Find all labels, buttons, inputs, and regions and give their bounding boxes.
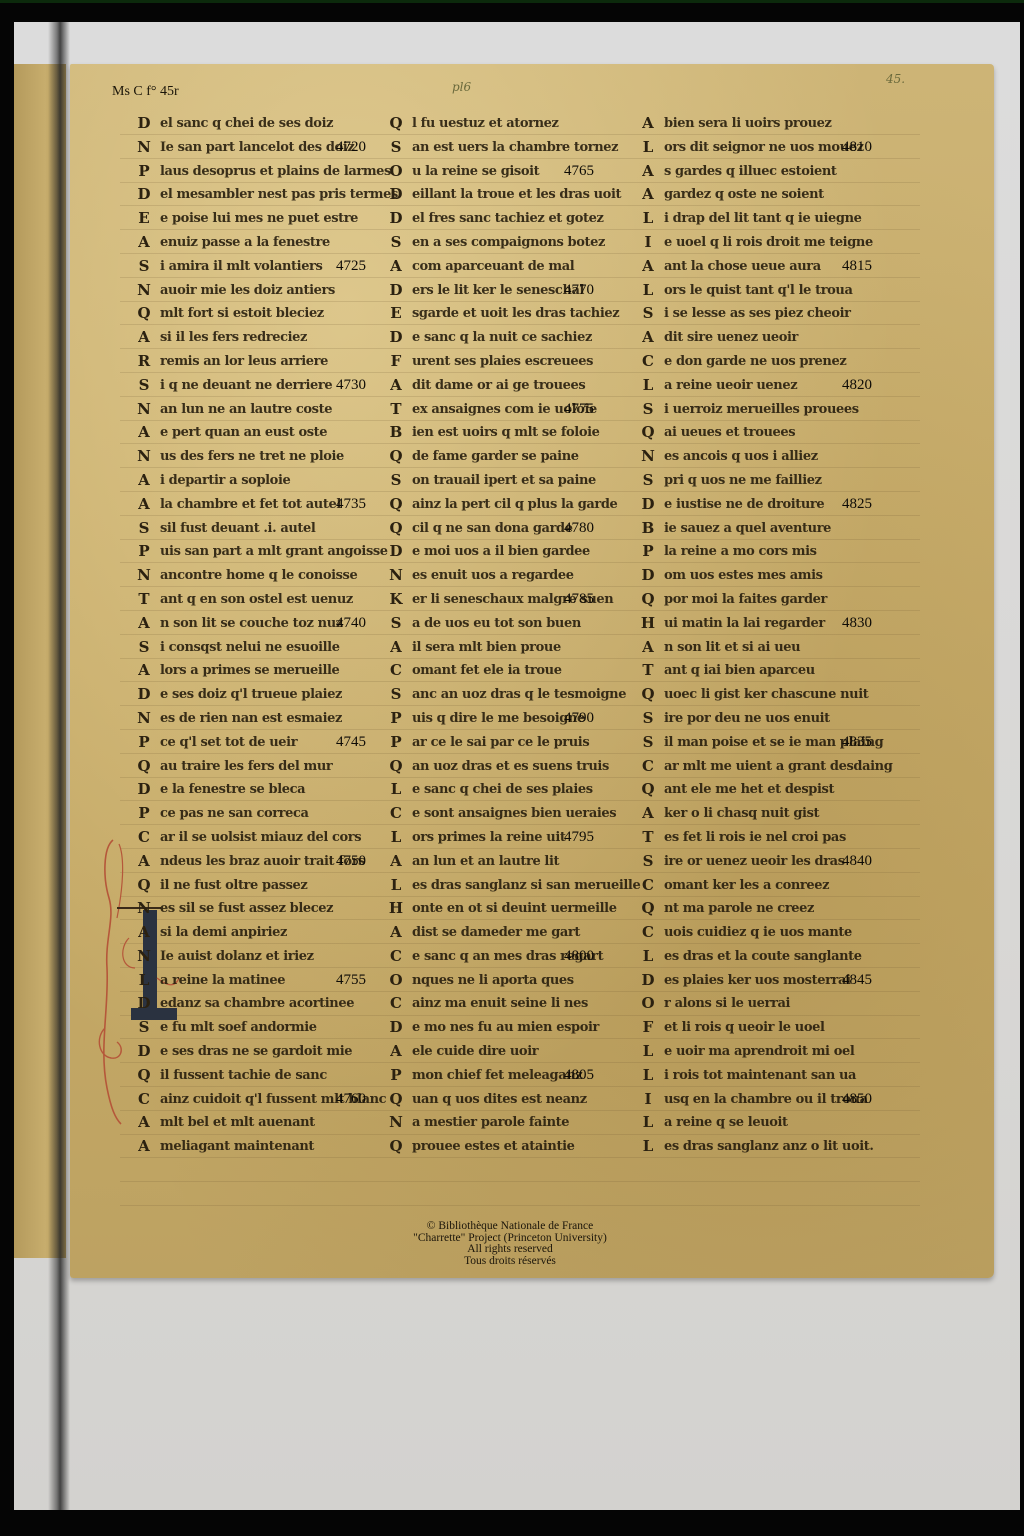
verse-text: ors primes la reine uit [412, 826, 566, 850]
line-initial-letter: A [384, 636, 408, 660]
line-number: 4760 [336, 1088, 366, 1112]
line-initial-letter: Q [132, 874, 156, 898]
line-number: 4740 [336, 612, 366, 636]
line-initial-letter: O [636, 992, 660, 1016]
line-initial-letter: S [384, 231, 408, 255]
line-initial-letter: A [384, 850, 408, 874]
line-initial-letter: D [132, 992, 156, 1016]
verse-text: e ses doiz q'l trueue plaiez [160, 683, 342, 707]
line-initial-letter: D [132, 1040, 156, 1064]
verse-text: Ie auist dolanz et iriez [160, 945, 314, 969]
line-initial-letter: S [132, 636, 156, 660]
verse-text: a de uos eu tot son buen [412, 612, 581, 636]
line-initial-letter: Q [384, 493, 408, 517]
line-initial-letter: S [384, 683, 408, 707]
line-initial-letter: P [384, 707, 408, 731]
line-initial-letter: A [384, 374, 408, 398]
verse-text: n son lit et si ai ueu [664, 636, 800, 660]
line-number: 4835 [842, 731, 872, 755]
line-initial-letter: A [132, 850, 156, 874]
line-initial-letter: Q [384, 112, 408, 136]
line-number: 4850 [842, 1088, 872, 1112]
line-initial-letter: S [636, 707, 660, 731]
line-initial-letter: N [384, 564, 408, 588]
line-initial-letter: N [132, 398, 156, 422]
verse-text: ce pas ne san correca [160, 802, 309, 826]
verse-text: pri q uos ne me failliez [664, 469, 822, 493]
verse-text: nques ne li aporta ques [412, 969, 574, 993]
line-initial-letter: C [636, 350, 660, 374]
verse-text: com aparceuant de mal [412, 255, 574, 279]
line-initial-letter: L [636, 1064, 660, 1088]
line-number: 4755 [336, 969, 366, 993]
line-initial-letter: Q [132, 755, 156, 779]
verse-text: ce q'l set tot de ueir [160, 731, 297, 755]
verse-text: ant ele me het et despist [664, 778, 834, 802]
line-initial-letter: D [636, 969, 660, 993]
line-initial-letter: N [132, 136, 156, 160]
line-initial-letter: Q [636, 588, 660, 612]
line-number: 4745 [336, 731, 366, 755]
verse-text: an est uers la chambre tornez [412, 136, 618, 160]
verse-text: e sanc q la nuit ce sachiez [412, 326, 592, 350]
line-number: 4830 [842, 612, 872, 636]
line-initial-letter: D [132, 183, 156, 207]
line-initial-letter: O [384, 160, 408, 184]
line-initial-letter: D [384, 183, 408, 207]
verse-text: es de rien nan est esmaiez [160, 707, 342, 731]
line-initial-letter: T [132, 588, 156, 612]
verse-text: i consqst nelui ne esuoille [160, 636, 340, 660]
verse-text: e moi uos a il bien gardee [412, 540, 590, 564]
line-initial-letter: L [636, 945, 660, 969]
copyright-line-3: All rights reserved [380, 1244, 640, 1256]
line-initial-letter: R [132, 350, 156, 374]
line-initial-letter: A [132, 1111, 156, 1135]
verse-text: on trauail ipert et sa paine [412, 469, 596, 493]
line-initial-letter: P [132, 160, 156, 184]
line-initial-letter: T [636, 659, 660, 683]
line-number: 4775 [564, 398, 594, 422]
line-number: 4730 [336, 374, 366, 398]
line-initial-letter: A [384, 1040, 408, 1064]
line-initial-letter: Q [384, 445, 408, 469]
line-initial-letter: Q [384, 517, 408, 541]
verse-text: uoec li gist ker chascune nuit [664, 683, 868, 707]
line-initial-letter: C [384, 992, 408, 1016]
verse-text: si la demi anpiriez [160, 921, 287, 945]
line-number: 4810 [842, 136, 872, 160]
line-initial-letter: E [384, 302, 408, 326]
line-initial-letter: H [636, 612, 660, 636]
line-initial-letter: A [132, 921, 156, 945]
verse-text: ndeus les braz auoir trait fors [160, 850, 365, 874]
line-initial-letter: C [636, 874, 660, 898]
line-initial-letter: Q [384, 1088, 408, 1112]
verse-text: bien sera li uoirs prouez [664, 112, 832, 136]
line-initial-letter: L [636, 374, 660, 398]
verse-text: i rois tot maintenant san ua [664, 1064, 856, 1088]
verse-text: i departir a soploie [160, 469, 290, 493]
line-initial-letter: A [636, 636, 660, 660]
line-initial-letter: K [384, 588, 408, 612]
verse-text: nt ma parole ne creez [664, 897, 814, 921]
verse-text: es ancois q uos i alliez [664, 445, 818, 469]
verse-text: ai ueues et trouees [664, 421, 795, 445]
verse-text: ien est uoirs q mlt se foloie [412, 421, 600, 445]
line-initial-letter: P [636, 540, 660, 564]
line-initial-letter: Q [636, 897, 660, 921]
verse-text: ui matin la lai regarder [664, 612, 825, 636]
line-number: 4765 [564, 160, 594, 184]
verse-text: omant fet ele ia troue [412, 659, 562, 683]
line-initial-letter: Q [636, 421, 660, 445]
verse-text: por moi la faites garder [664, 588, 827, 612]
verse-text: es enuit uos a regardee [412, 564, 574, 588]
verse-text: remis an lor leus arriere [160, 350, 328, 374]
line-initial-letter: P [132, 731, 156, 755]
line-initial-letter: S [132, 517, 156, 541]
verse-text: e don garde ne uos prenez [664, 350, 846, 374]
line-initial-letter: A [384, 921, 408, 945]
verse-text: ker o li chasq nuit gist [664, 802, 819, 826]
verse-text: mon chief fet meleaganz [412, 1064, 582, 1088]
verse-text: ainz la pert cil q plus la garde [412, 493, 617, 517]
verse-text: cil q ne san dona garde [412, 517, 573, 541]
verse-text: ire or uenez ueoir les dras [664, 850, 845, 874]
line-number: 4845 [842, 969, 872, 993]
line-initial-letter: H [384, 897, 408, 921]
verse-text: sgarde et uoit les dras tachiez [412, 302, 619, 326]
line-number: 4815 [842, 255, 872, 279]
verse-text: es sil se fust assez blecez [160, 897, 333, 921]
line-initial-letter: I [636, 231, 660, 255]
pencil-folio-number: 45. [886, 72, 905, 86]
verse-text: edanz sa chambre acortinee [160, 992, 354, 1016]
line-initial-letter: L [384, 778, 408, 802]
verse-text: ar mlt me uient a grant desdaing [664, 755, 892, 779]
verse-text: mlt bel et mlt auenant [160, 1111, 315, 1135]
line-initial-letter: N [132, 897, 156, 921]
line-number: 4820 [842, 374, 872, 398]
line-number: 4780 [564, 517, 594, 541]
verse-text: a mestier parole fainte [412, 1111, 569, 1135]
line-initial-letter: S [636, 850, 660, 874]
line-initial-letter: S [636, 398, 660, 422]
verse-text: ainz ma enuit seine li nes [412, 992, 588, 1016]
verse-text: i uerroiz merueilles prouees [664, 398, 859, 422]
line-initial-letter: F [384, 350, 408, 374]
verse-text: eillant la troue et les dras uoit [412, 183, 621, 207]
line-initial-letter: D [384, 1016, 408, 1040]
verse-text: de fame garder se paine [412, 445, 579, 469]
verse-text: ire por deu ne uos enuit [664, 707, 830, 731]
verse-text: sil fust deuant .i. autel [160, 517, 315, 541]
verse-text: es fet li rois ie nel croi pas [664, 826, 846, 850]
verse-text: et li rois q ueoir le uoel [664, 1016, 825, 1040]
line-number: 4770 [564, 279, 594, 303]
line-initial-letter: S [132, 1016, 156, 1040]
verse-text: onte en ot si deuint uermeille [412, 897, 617, 921]
line-initial-letter: S [384, 469, 408, 493]
line-initial-letter: N [132, 279, 156, 303]
verse-text: e ses dras ne se gardoit mie [160, 1040, 352, 1064]
line-number: 4785 [564, 588, 594, 612]
line-initial-letter: D [636, 493, 660, 517]
line-initial-letter: Q [132, 302, 156, 326]
verse-text: a reine ueoir uenez [664, 374, 797, 398]
verse-text: e uoel q li rois droit me teigne [664, 231, 873, 255]
verse-text: ors le quist tant q'l le troua [664, 279, 853, 303]
line-initial-letter: Q [384, 1135, 408, 1159]
line-initial-letter: S [636, 469, 660, 493]
line-initial-letter: O [384, 969, 408, 993]
line-number: 4720 [336, 136, 366, 160]
line-initial-letter: N [132, 564, 156, 588]
line-initial-letter: A [384, 255, 408, 279]
line-initial-letter: A [132, 326, 156, 350]
line-initial-letter: Q [636, 778, 660, 802]
verse-text: el mesambler nest pas pris termes [160, 183, 398, 207]
line-initial-letter: N [132, 707, 156, 731]
verse-text: el fres sanc tachiez et gotez [412, 207, 603, 231]
line-initial-letter: A [132, 493, 156, 517]
line-initial-letter: D [132, 683, 156, 707]
folio-label: Ms C f° 45r [112, 84, 179, 100]
line-initial-letter: F [636, 1016, 660, 1040]
verse-text: a reine q se leuoit [664, 1111, 788, 1135]
line-initial-letter: D [384, 279, 408, 303]
line-initial-letter: C [132, 826, 156, 850]
verse-text: ancontre home q le conoisse [160, 564, 357, 588]
verse-text: il sera mlt bien proue [412, 636, 561, 660]
copyright-line-4: Tous droits réservés [380, 1256, 640, 1268]
line-initial-letter: N [636, 445, 660, 469]
verse-text: laus desoprus et plains de larmes [160, 160, 391, 184]
verse-text: dist se dameder me gart [412, 921, 580, 945]
line-number: 4790 [564, 707, 594, 731]
verse-text: usq en la chambre ou il troua [664, 1088, 868, 1112]
verse-text: i amira il mlt volantiers [160, 255, 322, 279]
line-initial-letter: S [636, 302, 660, 326]
verse-text: an lun et an lautre lit [412, 850, 559, 874]
line-initial-letter: D [132, 778, 156, 802]
verse-text: es plaies ker uos mosterrai [664, 969, 851, 993]
line-initial-letter: E [132, 207, 156, 231]
verse-text: ant q en son ostel est uenuz [160, 588, 353, 612]
line-initial-letter: A [636, 112, 660, 136]
line-number: 4795 [564, 826, 594, 850]
verse-text: meliagant maintenant [160, 1135, 314, 1159]
pencil-annotation-center: pl6 [452, 80, 471, 94]
line-initial-letter: D [384, 326, 408, 350]
line-initial-letter: A [132, 421, 156, 445]
verse-text: anc an uoz dras q le tesmoigne [412, 683, 626, 707]
verse-text: i drap del lit tant q ie uiegne [664, 207, 862, 231]
verse-text: ele cuide dire uoir [412, 1040, 538, 1064]
line-initial-letter: A [636, 802, 660, 826]
line-initial-letter: Q [132, 1064, 156, 1088]
verse-text: ors dit seignor ne uos mouez [664, 136, 864, 160]
verse-text: auoir mie les doiz antiers [160, 279, 335, 303]
ruling-line [120, 1181, 920, 1182]
verse-text: la chambre et fet tot autel [160, 493, 341, 517]
line-initial-letter: N [384, 1111, 408, 1135]
line-initial-letter: A [132, 1135, 156, 1159]
line-initial-letter: A [132, 469, 156, 493]
line-initial-letter: A [132, 612, 156, 636]
verse-text: gardez q oste ne soient [664, 183, 824, 207]
verse-text: s gardes q illuec estoient [664, 160, 837, 184]
line-initial-letter: N [132, 945, 156, 969]
line-initial-letter: N [132, 445, 156, 469]
line-initial-letter: Q [636, 683, 660, 707]
verse-text: e fu mlt soef andormie [160, 1016, 317, 1040]
line-number: 4735 [336, 493, 366, 517]
verse-text: ie sauez a quel aventure [664, 517, 831, 541]
line-number: 4725 [336, 255, 366, 279]
line-initial-letter: D [384, 540, 408, 564]
line-initial-letter: L [636, 136, 660, 160]
verse-text: e sanc q chei de ses plaies [412, 778, 593, 802]
line-initial-letter: L [132, 969, 156, 993]
line-initial-letter: C [384, 659, 408, 683]
verse-text: e iustise ne de droiture [664, 493, 824, 517]
verse-text: i se lesse as ses piez cheoir [664, 302, 851, 326]
line-initial-letter: S [636, 731, 660, 755]
line-initial-letter: D [384, 207, 408, 231]
line-initial-letter: L [384, 874, 408, 898]
line-initial-letter: P [132, 802, 156, 826]
line-initial-letter: S [384, 612, 408, 636]
copyright-notice: © Bibliothèque Nationale de France "Char… [380, 1221, 640, 1267]
verse-text: la reine a mo cors mis [664, 540, 817, 564]
top-edge-strip [0, 0, 1024, 3]
line-initial-letter: C [636, 755, 660, 779]
line-initial-letter: C [384, 945, 408, 969]
verse-text: dit sire uenez ueoir [664, 326, 798, 350]
verse-text: es dras sanglanz anz o lit uoit. [664, 1135, 874, 1159]
verse-text: uis q dire le me besoigne [412, 707, 585, 731]
line-number: 4800 [564, 945, 594, 969]
line-initial-letter: T [384, 398, 408, 422]
verse-text: il ne fust oltre passez [160, 874, 307, 898]
verse-text: ers le lit ker le seneschal [412, 279, 584, 303]
line-initial-letter: S [132, 374, 156, 398]
verse-text: urent ses plaies escreuees [412, 350, 593, 374]
verse-text: e sont ansaignes bien ueraies [412, 802, 616, 826]
verse-text: il fussent tachie de sanc [160, 1064, 327, 1088]
line-initial-letter: L [636, 1135, 660, 1159]
verse-text: r alons si le uerrai [664, 992, 790, 1016]
line-initial-letter: L [636, 1040, 660, 1064]
line-initial-letter: T [636, 826, 660, 850]
copyright-line-1: © Bibliothèque Nationale de France [380, 1221, 640, 1233]
verse-text: es dras sanglanz si san merueille [412, 874, 640, 898]
verse-text: e mo nes fu au mien espoir [412, 1016, 599, 1040]
line-initial-letter: P [384, 1064, 408, 1088]
verse-text: el sanc q chei de ses doiz [160, 112, 333, 136]
line-initial-letter: A [132, 659, 156, 683]
line-initial-letter: A [132, 231, 156, 255]
line-initial-letter: B [384, 421, 408, 445]
verse-text: prouee estes et ataintie [412, 1135, 575, 1159]
line-initial-letter: P [132, 540, 156, 564]
line-initial-letter: A [636, 255, 660, 279]
line-initial-letter: C [636, 921, 660, 945]
verse-text: i q ne deuant ne derriere [160, 374, 332, 398]
verse-text: enuiz passe a la fenestre [160, 231, 330, 255]
verse-text: l fu uestuz et atornez [412, 112, 559, 136]
verse-text: e la fenestre se bleca [160, 778, 305, 802]
line-number: 4805 [564, 1064, 594, 1088]
line-initial-letter: L [636, 1111, 660, 1135]
line-number: 4840 [842, 850, 872, 874]
verse-text: us des fers ne tret ne ploie [160, 445, 344, 469]
line-initial-letter: C [132, 1088, 156, 1112]
line-initial-letter: A [636, 160, 660, 184]
line-initial-letter: A [636, 326, 660, 350]
line-initial-letter: B [636, 517, 660, 541]
verse-text: ar il se uolsist miauz del cors [160, 826, 361, 850]
line-initial-letter: L [384, 826, 408, 850]
line-initial-letter: L [636, 207, 660, 231]
line-initial-letter: C [384, 802, 408, 826]
verse-text: uois cuidiez q ie uos mante [664, 921, 852, 945]
verse-text: e uoir ma aprendroit mi oel [664, 1040, 854, 1064]
verse-text: u la reine se gisoit [412, 160, 539, 184]
verse-text: ant la chose ueue aura [664, 255, 821, 279]
verse-text: omant ker les a conreez [664, 874, 829, 898]
verse-text: a reine la matinee [160, 969, 285, 993]
line-initial-letter: D [132, 112, 156, 136]
line-initial-letter: A [636, 183, 660, 207]
verse-text: si il les fers redreciez [160, 326, 307, 350]
verse-text: uis san part a mlt grant angoisse [160, 540, 388, 564]
ruling-line [120, 1205, 920, 1206]
verse-text: en a ses compaignons botez [412, 231, 605, 255]
line-number: 4750 [336, 850, 366, 874]
verse-text: om uos estes mes amis [664, 564, 823, 588]
verse-text: es dras et la coute sanglante [664, 945, 862, 969]
verse-text: dit dame or ai ge trouees [412, 374, 585, 398]
line-initial-letter: P [384, 731, 408, 755]
verse-text: an lun ne an lautre coste [160, 398, 332, 422]
verse-text: e pert quan an eust oste [160, 421, 327, 445]
verse-text: ar ce le sai par ce le pruis [412, 731, 589, 755]
line-initial-letter: L [636, 279, 660, 303]
verse-text: an uoz dras et es suens truis [412, 755, 609, 779]
verse-text: au traire les fers del mur [160, 755, 332, 779]
binding-gutter-shadow [48, 22, 70, 1510]
verse-text: lors a primes se merueille [160, 659, 339, 683]
verse-text: Ie san part lancelot des doiz [160, 136, 354, 160]
verse-text: n son lit se couche toz nuz [160, 612, 343, 636]
line-initial-letter: S [384, 136, 408, 160]
verse-text: ant q iai bien aparceu [664, 659, 815, 683]
verse-text: e poise lui mes ne puet estre [160, 207, 358, 231]
line-initial-letter: I [636, 1088, 660, 1112]
line-initial-letter: Q [384, 755, 408, 779]
verse-text: uan q uos dites est neanz [412, 1088, 587, 1112]
line-initial-letter: S [132, 255, 156, 279]
line-number: 4825 [842, 493, 872, 517]
line-initial-letter: D [636, 564, 660, 588]
verse-text: mlt fort si estoit bleciez [160, 302, 324, 326]
